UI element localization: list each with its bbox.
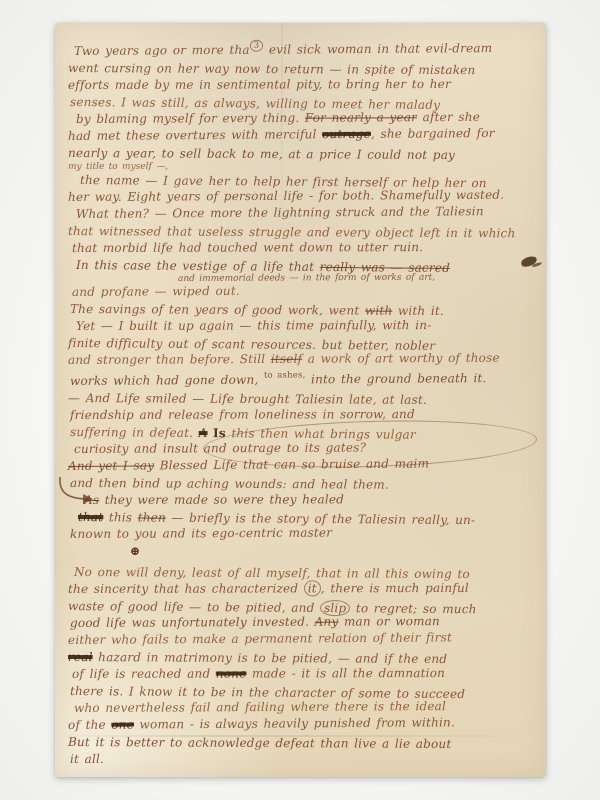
text-segment: either who fails to make a permanent rel… bbox=[68, 630, 452, 647]
text-segment: and then bind up aching wounds: and heal… bbox=[70, 476, 389, 492]
text-segment: Eight years of personal life - for both.… bbox=[127, 188, 504, 204]
manuscript-line: What then? — Once more the lightning str… bbox=[76, 203, 538, 223]
text-segment: efforts made by me in sentimental pity, … bbox=[68, 77, 451, 92]
manuscript-line: efforts made by me in sentimental pity, … bbox=[68, 76, 538, 94]
manuscript-page: Two years ago or more tha3 evil sick wom… bbox=[55, 23, 546, 777]
manuscript-line: had met these overtures with merciful ou… bbox=[68, 125, 538, 145]
text-segment: the sincerity that has characterized bbox=[68, 581, 304, 596]
text-segment: of life is reached and bbox=[72, 667, 216, 681]
text-segment: Any bbox=[315, 615, 339, 629]
text-segment: had met these overtures with merciful bbox=[68, 127, 322, 143]
text-segment: of the bbox=[68, 718, 111, 732]
text-segment: real bbox=[68, 650, 93, 664]
manuscript-line: And yet I say Blessed Life that can so b… bbox=[68, 455, 538, 475]
text-segment: waste of good life — to be pitied, and bbox=[68, 599, 320, 615]
text-segment: evil sick woman in that evil-dream bbox=[263, 41, 492, 57]
text-segment: that witnessed that useless struggle and… bbox=[68, 224, 515, 240]
curved-arrow-icon bbox=[57, 475, 101, 505]
manuscript-line: works which had gone down, to ashes, int… bbox=[70, 366, 538, 390]
text-segment: Two years ago or more tha bbox=[74, 43, 250, 58]
text-segment: What then? — Once more the lightning str… bbox=[76, 204, 484, 221]
manuscript-line: Yet — I built it up again — this time pa… bbox=[76, 317, 538, 335]
text-segment: it all. bbox=[70, 752, 104, 766]
manuscript-line: either who fails to make a permanent rel… bbox=[68, 629, 538, 649]
text-segment: her way. bbox=[68, 190, 127, 204]
text-segment: woman - is always heavily punished from … bbox=[134, 715, 455, 731]
text-segment: good life was unfortunately invested. bbox=[70, 615, 315, 630]
text-segment: — And Life smiled — Life brought Taliesi… bbox=[68, 391, 427, 407]
text-segment: went cursing on her way now to return — … bbox=[68, 61, 476, 77]
manuscript-line: friendship and release from loneliness i… bbox=[70, 406, 538, 424]
text-segment: man or woman bbox=[338, 614, 440, 629]
text-segment: a work of art worthy of those bbox=[302, 351, 500, 366]
text-segment: friendship and release from loneliness i… bbox=[70, 407, 415, 422]
text-segment: known to you and its ego-centric master bbox=[70, 526, 332, 541]
manuscript-line: that morbid life had touched went down t… bbox=[72, 239, 538, 257]
text-segment: , she bargained for bbox=[371, 126, 495, 141]
manuscript-line: Two years ago or more tha3 evil sick wom… bbox=[74, 36, 538, 60]
text-segment: nearly a year, to sell back to me, at a … bbox=[68, 146, 455, 162]
text-segment: suffering in defeat. bbox=[70, 425, 199, 440]
text-segment: one bbox=[111, 718, 134, 732]
text-segment: that bbox=[78, 510, 103, 524]
manuscript-text: Two years ago or more tha3 evil sick wom… bbox=[68, 39, 538, 768]
text-segment: works which had gone down, bbox=[70, 373, 264, 388]
text-segment: The savings of ten years of good work, w… bbox=[70, 302, 365, 318]
circled-plus-icon: ⊕ bbox=[130, 544, 140, 558]
text-segment: and profane — wiped out. bbox=[72, 284, 240, 299]
text-segment: who nevertheless fail and failing where … bbox=[74, 699, 446, 715]
manuscript-line: As they were made so were they healed bbox=[84, 491, 538, 509]
text-segment: Blessed Life that can so bruise and maim bbox=[154, 456, 429, 472]
text-segment: A bbox=[199, 426, 208, 440]
text-segment: And yet I say bbox=[68, 458, 154, 473]
manuscript-line: the sincerity that has characterized it,… bbox=[68, 580, 538, 598]
text-segment: hazard in matrimony is to be pitied, — a… bbox=[93, 650, 448, 666]
text-segment: none bbox=[216, 667, 247, 681]
text-segment: after she bbox=[417, 110, 480, 124]
page-number: 3 bbox=[250, 40, 264, 52]
text-segment: curiosity and insult and outrage to its … bbox=[74, 440, 366, 456]
photo-background: Two years ago or more tha3 evil sick wom… bbox=[0, 0, 600, 800]
manuscript-line: and profane — wiped out. bbox=[72, 281, 538, 301]
text-segment: it bbox=[304, 580, 321, 596]
text-segment: But it is better to acknowledge defeat t… bbox=[68, 735, 451, 751]
text-segment: itself bbox=[271, 352, 302, 366]
text-segment: then bbox=[138, 510, 166, 524]
text-segment: by blaming myself for every thing. bbox=[76, 111, 305, 126]
text-segment: Yet — I built it up again — this time pa… bbox=[76, 318, 432, 333]
text-segment: outrage bbox=[322, 127, 371, 141]
text-segment: they were made so were they healed bbox=[99, 492, 344, 507]
text-segment: into the ground beneath it. bbox=[305, 371, 486, 386]
manuscript-line: it all. bbox=[70, 750, 538, 768]
manuscript-line: of the one woman - is always heavily pun… bbox=[68, 714, 538, 734]
text-segment: No one will deny, least of all myself, t… bbox=[74, 565, 470, 581]
manuscript-line: of life is reached and none made - it is… bbox=[72, 665, 538, 683]
manuscript-line: ⊕ bbox=[130, 540, 538, 560]
text-segment: to ashes, bbox=[264, 370, 306, 380]
text-segment: that morbid life had touched went down t… bbox=[72, 240, 423, 255]
text-segment: , there is much painful bbox=[321, 581, 469, 595]
text-segment: In this case the vestige of a life that bbox=[76, 258, 320, 274]
text-segment: and stronger than before. Still bbox=[68, 352, 271, 367]
text-segment: Is bbox=[213, 426, 226, 440]
text-segment: with bbox=[365, 304, 393, 318]
text-segment: this bbox=[103, 510, 137, 524]
text-segment: For nearly a year bbox=[305, 110, 417, 125]
text-segment: with it. bbox=[392, 304, 444, 318]
manuscript-line: my title to myself —, bbox=[68, 161, 538, 172]
text-segment: made - it is all the damnation bbox=[246, 666, 445, 681]
text-segment: my title to myself —, bbox=[68, 162, 168, 172]
